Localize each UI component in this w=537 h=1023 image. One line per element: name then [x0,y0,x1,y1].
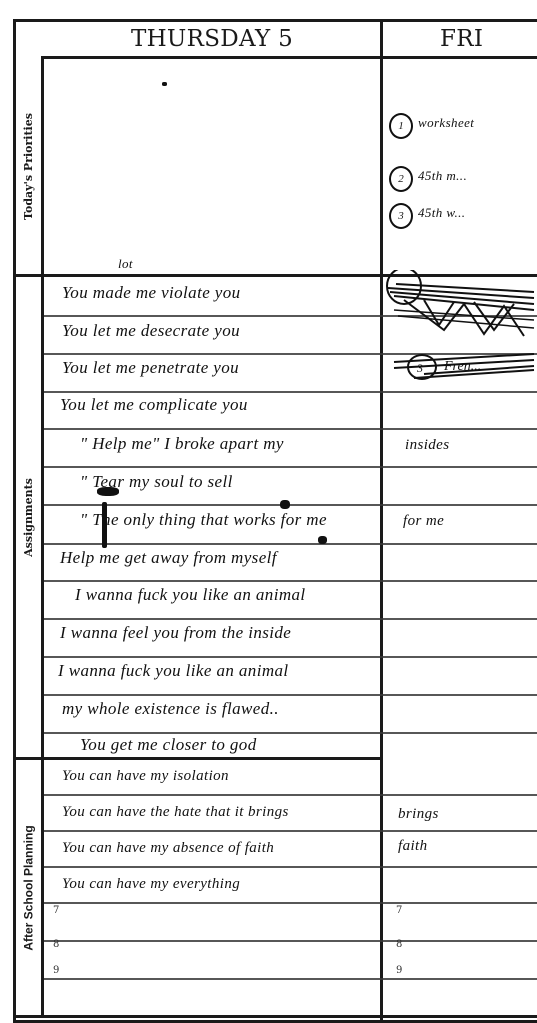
ruled-line [44,732,537,734]
ruled-line [44,794,537,796]
handwritten-line: You can have my isolation [62,768,229,785]
section-label-after-school: After School Planning [16,760,41,1016]
continued-handwriting: insides [405,437,449,454]
handwritten-line: You get me closer to god [80,735,257,755]
ink-blot [97,487,119,496]
row-number: 7 [396,905,402,916]
assignments-section-separator [13,757,381,760]
ruled-line [44,466,537,468]
ruled-line [44,428,537,430]
handwritten-line: my whole existence is flawed.. [62,699,279,719]
ruled-line [44,618,537,620]
handwritten-line: " The only thing that works for me [80,510,327,530]
handwritten-line: You can have my everything [62,876,240,893]
handwritten-line: I wanna fuck you like an animal [75,585,306,605]
continued-handwriting: for me [403,513,444,530]
handwritten-line: I wanna fuck you like an animal [58,661,289,681]
friday-priority-text: 45th w... [418,205,465,221]
scribbled-out-entry: 3 Fren... [384,270,537,380]
priority-number-circle: 3 [389,203,413,229]
handwritten-line: I wanna feel you from the inside [60,623,291,643]
handwritten-line: " Help me" I broke apart my [80,434,284,454]
ruled-line [44,580,537,582]
handwritten-line: You let me complicate you [60,395,248,415]
ruled-line [44,902,537,904]
row-number: 8 [396,939,402,950]
row-number: 8 [53,939,59,950]
handwritten-line: You let me desecrate you [62,321,240,341]
handwritten-line: You can have the hate that it brings [62,804,289,821]
ruled-line [44,694,537,696]
planner-page: THURSDAY 5 FRI Today's Priorities Assign… [0,0,537,1023]
header-bottom-border [41,56,537,59]
friday-priority-text: worksheet [418,115,474,131]
ruled-line [44,656,537,658]
handwritten-line: You made me violate you [62,283,241,303]
friday-priority-text: 45th m... [418,168,467,184]
handwritten-line: You let me penetrate you [62,358,239,378]
ruled-line [44,830,537,832]
day-header-thursday: THURSDAY 5 [44,22,380,56]
ruled-line [44,504,537,506]
section-label-priorities: Today's Priorities [16,59,41,274]
priority-number-circle: 2 [389,166,413,192]
day-header-friday: FRI [440,22,537,56]
ruled-line [44,978,537,980]
ruled-line [44,391,537,393]
bottom-border [13,1015,537,1018]
section-label-assignments: Assignments [16,277,41,757]
row-number: 9 [53,965,59,976]
day-column-divider [380,19,383,1020]
row-number: 7 [53,905,59,916]
row-number: 9 [396,965,402,976]
thursday-priority-note: lot [118,256,133,272]
ink-blot [102,502,107,548]
handwritten-line: You can have my absence of faith [62,840,274,857]
ink-blot [318,536,327,544]
continued-handwriting: brings [398,806,439,823]
ink-dot [162,82,167,86]
continued-handwriting: faith [398,838,428,855]
handwritten-line: Help me get away from myself [60,548,277,568]
ruled-line [44,940,537,942]
friday-struck-entry: Fren... [443,359,481,374]
friday-assignment-circle-number: 3 [416,361,423,375]
priority-number-circle: 1 [389,113,413,139]
ruled-line [44,866,537,868]
ink-blot [280,500,290,509]
ruled-line [44,543,537,545]
section-label-column-border [41,57,44,1017]
